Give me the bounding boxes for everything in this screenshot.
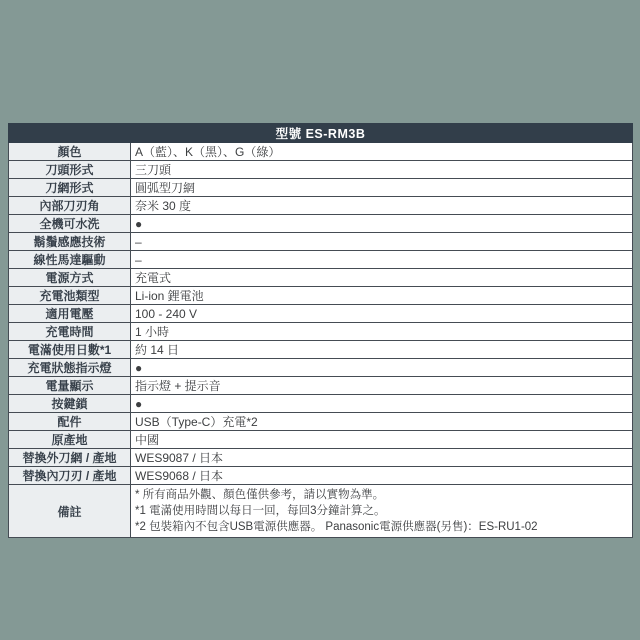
table-title: 型號 ES-RM3B [9,124,633,143]
table-row: 刀頭形式 三刀頭 [9,161,633,179]
row-value: 奈米 30 度 [131,197,633,215]
row-label: 按鍵鎖 [9,395,131,413]
row-label: 充電狀態指示燈 [9,359,131,377]
row-label: 適用電壓 [9,305,131,323]
row-label: 配件 [9,413,131,431]
note-line: *2 包裝箱內不包含USB電源供應器。 Panasonic電源供應器(另售)：E… [135,519,629,535]
row-value: 圓弧型刀網 [131,179,633,197]
table-row: 內部刀刃角 奈米 30 度 [9,197,633,215]
note-line: * 所有商品外觀、顏色僅供參考，請以實物為準。 [135,487,629,503]
note-line: *1 電滿使用時間以每日一回，每回3分鐘計算之。 [135,503,629,519]
table-row: 刀網形式 圓弧型刀網 [9,179,633,197]
row-value: 充電式 [131,269,633,287]
table-row: 按鍵鎖 ● [9,395,633,413]
notes-value: * 所有商品外觀、顏色僅供參考，請以實物為準。 *1 電滿使用時間以每日一回，每… [131,485,633,538]
table-header-row: 型號 ES-RM3B [9,124,633,143]
table-row-notes: 備註 * 所有商品外觀、顏色僅供參考，請以實物為準。 *1 電滿使用時間以每日一… [9,485,633,538]
row-value: USB（Type-C）充電*2 [131,413,633,431]
row-value: ● [131,395,633,413]
row-label: 電量顯示 [9,377,131,395]
row-label: 原產地 [9,431,131,449]
spec-table: 型號 ES-RM3B 顏色 A（藍）、K（黑）、G（綠） 刀頭形式 三刀頭 刀網… [8,123,633,538]
row-label: 替換外刀網 / 產地 [9,449,131,467]
row-value: WES9087 / 日本 [131,449,633,467]
page-background: 型號 ES-RM3B 顏色 A（藍）、K（黑）、G（綠） 刀頭形式 三刀頭 刀網… [0,0,640,640]
row-value: 中國 [131,431,633,449]
row-value: – [131,233,633,251]
row-value: ● [131,359,633,377]
table-row: 替換內刀刃 / 產地 WES9068 / 日本 [9,467,633,485]
table-row: 充電池類型 Li-ion 鋰電池 [9,287,633,305]
table-row: 顏色 A（藍）、K（黑）、G（綠） [9,143,633,161]
row-value: 1 小時 [131,323,633,341]
row-value: 約 14 日 [131,341,633,359]
table-row: 電量顯示 指示燈 + 提示音 [9,377,633,395]
row-label: 充電池類型 [9,287,131,305]
row-label: 替換內刀刃 / 產地 [9,467,131,485]
table-row: 全機可水洗 ● [9,215,633,233]
row-value: 三刀頭 [131,161,633,179]
table-row: 原產地 中國 [9,431,633,449]
table-row: 充電時間 1 小時 [9,323,633,341]
table-row: 適用電壓 100 - 240 V [9,305,633,323]
row-label: 內部刀刃角 [9,197,131,215]
row-label: 刀頭形式 [9,161,131,179]
row-label: 線性馬達驅動 [9,251,131,269]
row-value: A（藍）、K（黑）、G（綠） [131,143,633,161]
row-value: – [131,251,633,269]
row-value: WES9068 / 日本 [131,467,633,485]
table-row: 電源方式 充電式 [9,269,633,287]
row-value: Li-ion 鋰電池 [131,287,633,305]
table-row: 配件 USB（Type-C）充電*2 [9,413,633,431]
row-label: 顏色 [9,143,131,161]
row-value: 100 - 240 V [131,305,633,323]
notes-label: 備註 [9,485,131,538]
row-label: 電滿使用日數*1 [9,341,131,359]
table-row: 電滿使用日數*1 約 14 日 [9,341,633,359]
table-row: 替換外刀網 / 產地 WES9087 / 日本 [9,449,633,467]
row-label: 全機可水洗 [9,215,131,233]
table-row: 鬍鬚感應技術 – [9,233,633,251]
row-label: 刀網形式 [9,179,131,197]
row-label: 鬍鬚感應技術 [9,233,131,251]
row-label: 電源方式 [9,269,131,287]
table-row: 線性馬達驅動 – [9,251,633,269]
table-row: 充電狀態指示燈 ● [9,359,633,377]
row-value: ● [131,215,633,233]
row-label: 充電時間 [9,323,131,341]
row-value: 指示燈 + 提示音 [131,377,633,395]
